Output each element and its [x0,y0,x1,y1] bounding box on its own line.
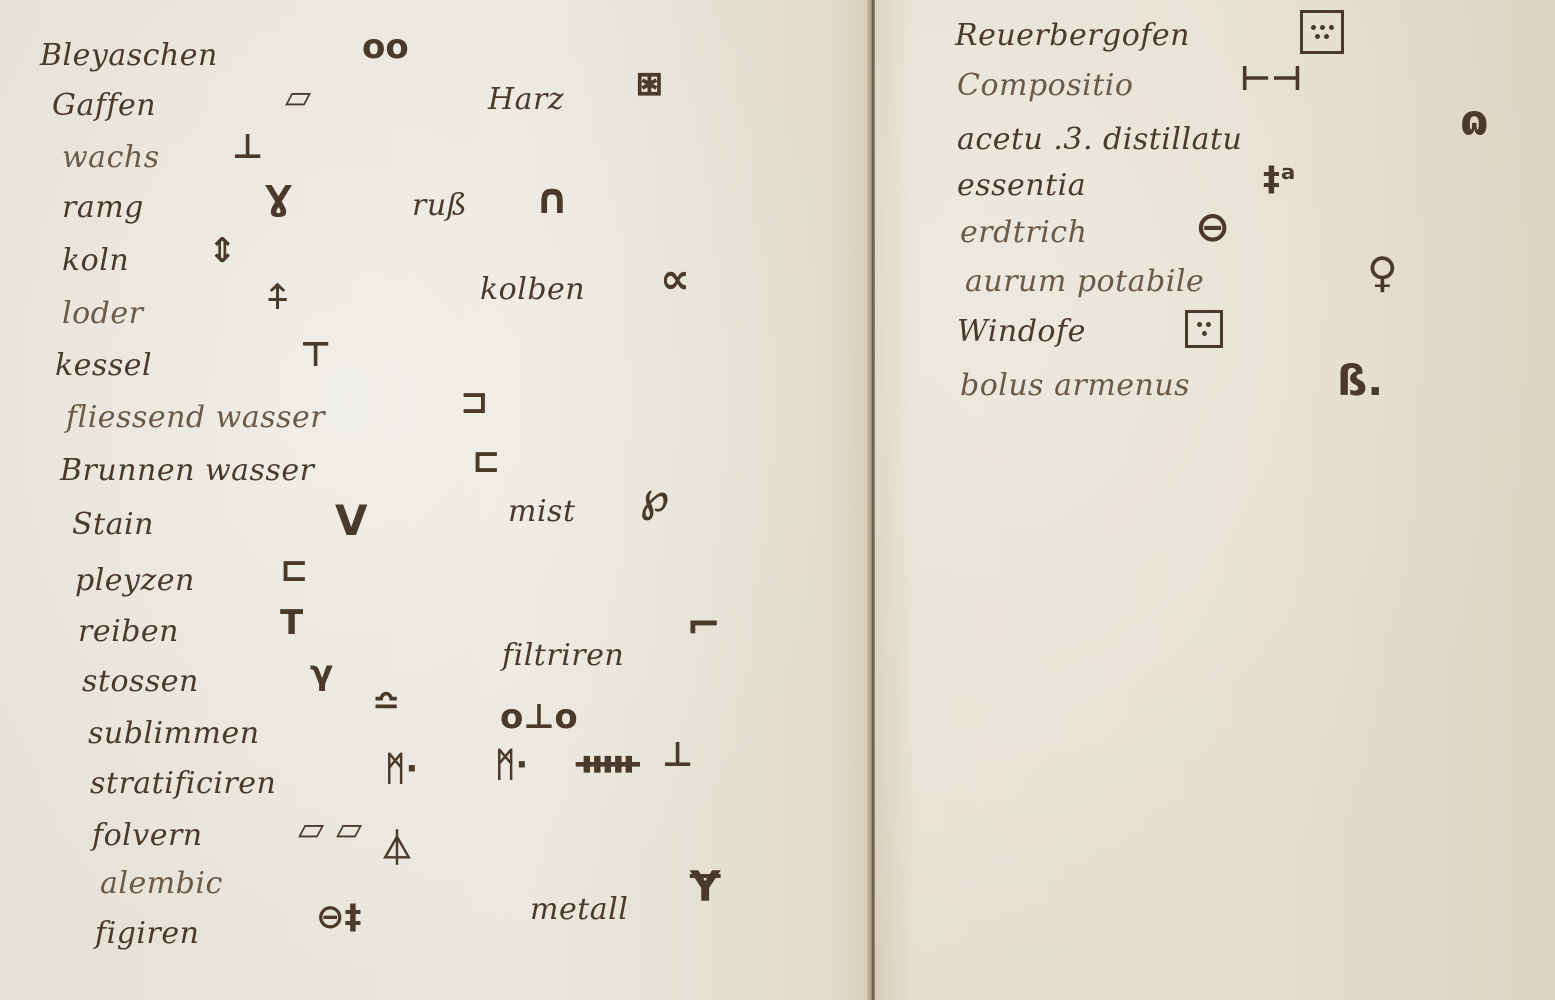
term-filtriren: filtriren [502,638,624,673]
small-dice-box-icon [1185,310,1223,348]
gamma-icon: γ [310,656,333,690]
double-arrow-icon: ⇕ [208,234,237,268]
term-russ: ruß [412,188,467,223]
venus-like-icon: ♀ [1367,252,1398,294]
term-essentia: essentia [957,168,1086,203]
alembic-icon: ⏃ [380,832,414,866]
inverted-t-icon: ⊥ [662,738,693,772]
double-cross-icon: ‡ᵃ [1263,162,1296,196]
term-stain: Stain [72,507,154,542]
term-reuerbergofen: Reuerbergofen [955,18,1190,53]
term-wachs: wachs [62,140,160,175]
v-check-icon: V [335,500,368,542]
term-pleyzen: pleyzen [75,563,195,598]
term-fliessend-wasser: fliessend wasser [66,400,325,435]
term-figiren: figiren [95,916,199,951]
comb-icon: ᚔ [576,746,640,780]
term-metall: metall [530,892,628,927]
linked-circles-icon: o⊥o [500,700,578,734]
kettle-icon: ⊤ [300,338,331,372]
term-acetum-distillatum: acetu .3. distillatu [957,122,1242,157]
term-bolus-armenus: bolus armenus [960,368,1190,403]
term-sublimmen: sublimmen [88,716,260,751]
term-aurum-potabile: aurum potabile [965,264,1204,299]
term-bleyaschen: Bleyaschen [40,38,218,73]
term-folvern: folvern [92,818,203,853]
circles-curl-icon: ℘ [640,476,669,518]
term-windofe: Windofe [957,314,1086,349]
term-mist: mist [508,494,576,529]
cross-with-heart-icon: ⊥ [232,130,263,164]
stratify-icon: ᛗ· [385,752,418,786]
beta-like-icon: ß. [1337,360,1383,402]
two-boxes-icon: ▱ ▱ [298,812,362,846]
right-page: Reuerbergofen Compositio ⊢⊣ acetu .3. di… [875,0,1555,1000]
term-ramg: ramg [62,190,144,225]
small-m-icon: ᛗ· [495,748,528,782]
box-on-staff-icon: ⧆ [636,60,663,102]
arrow-with-bars-icon: ⍏ [268,280,288,314]
dice-box-icon [1300,10,1344,54]
term-brunnen-wasser: Brunnen wasser [60,453,314,488]
slanted-rectangle-icon: ▱ [285,80,311,114]
left-bracket-icon: ⊏ [280,553,309,587]
term-loder: loder [62,296,143,331]
metal-y-icon: Ɏ [690,866,720,908]
term-alembic: alembic [100,866,223,901]
term-stratificiren: stratificiren [90,766,276,801]
circle-with-bars-icon: ⊖‡ [316,900,362,934]
filter-pipe-icon: ⌐ [686,604,721,646]
left-bracket-icon: ⊏ [472,444,501,478]
term-gaffen: Gaffen [52,88,156,123]
term-reiben: reiben [78,614,179,649]
bar-with-hooks-icon: ⊢⊣ [1240,62,1302,96]
two-linked-circles-icon: oo [362,30,409,64]
hooked-y-icon: Ɣ [265,182,292,216]
t-shape-icon: T [280,606,303,640]
term-stossen: stossen [82,664,199,699]
alpha-loop-icon: ∝ [660,258,690,300]
term-harz: Harz [488,82,564,117]
left-page: Bleyaschen oo Gaffen ▱ wachs ⊥ ramg Ɣ ko… [0,0,870,1000]
term-erdtrich: erdtrich [960,215,1087,250]
three-loops-icon: ɷ [1460,100,1489,142]
term-kolben: kolben [480,272,585,307]
sublimation-icon: ≏ [372,686,401,720]
circle-with-bar-icon: ⊖ [1195,206,1230,248]
term-compositio: Compositio [957,68,1133,103]
boot-shape-icon: ∩ [535,178,569,220]
term-koln: koln [62,243,129,278]
right-bracket-icon: ⊐ [460,385,489,419]
term-kessel: kessel [55,348,152,383]
